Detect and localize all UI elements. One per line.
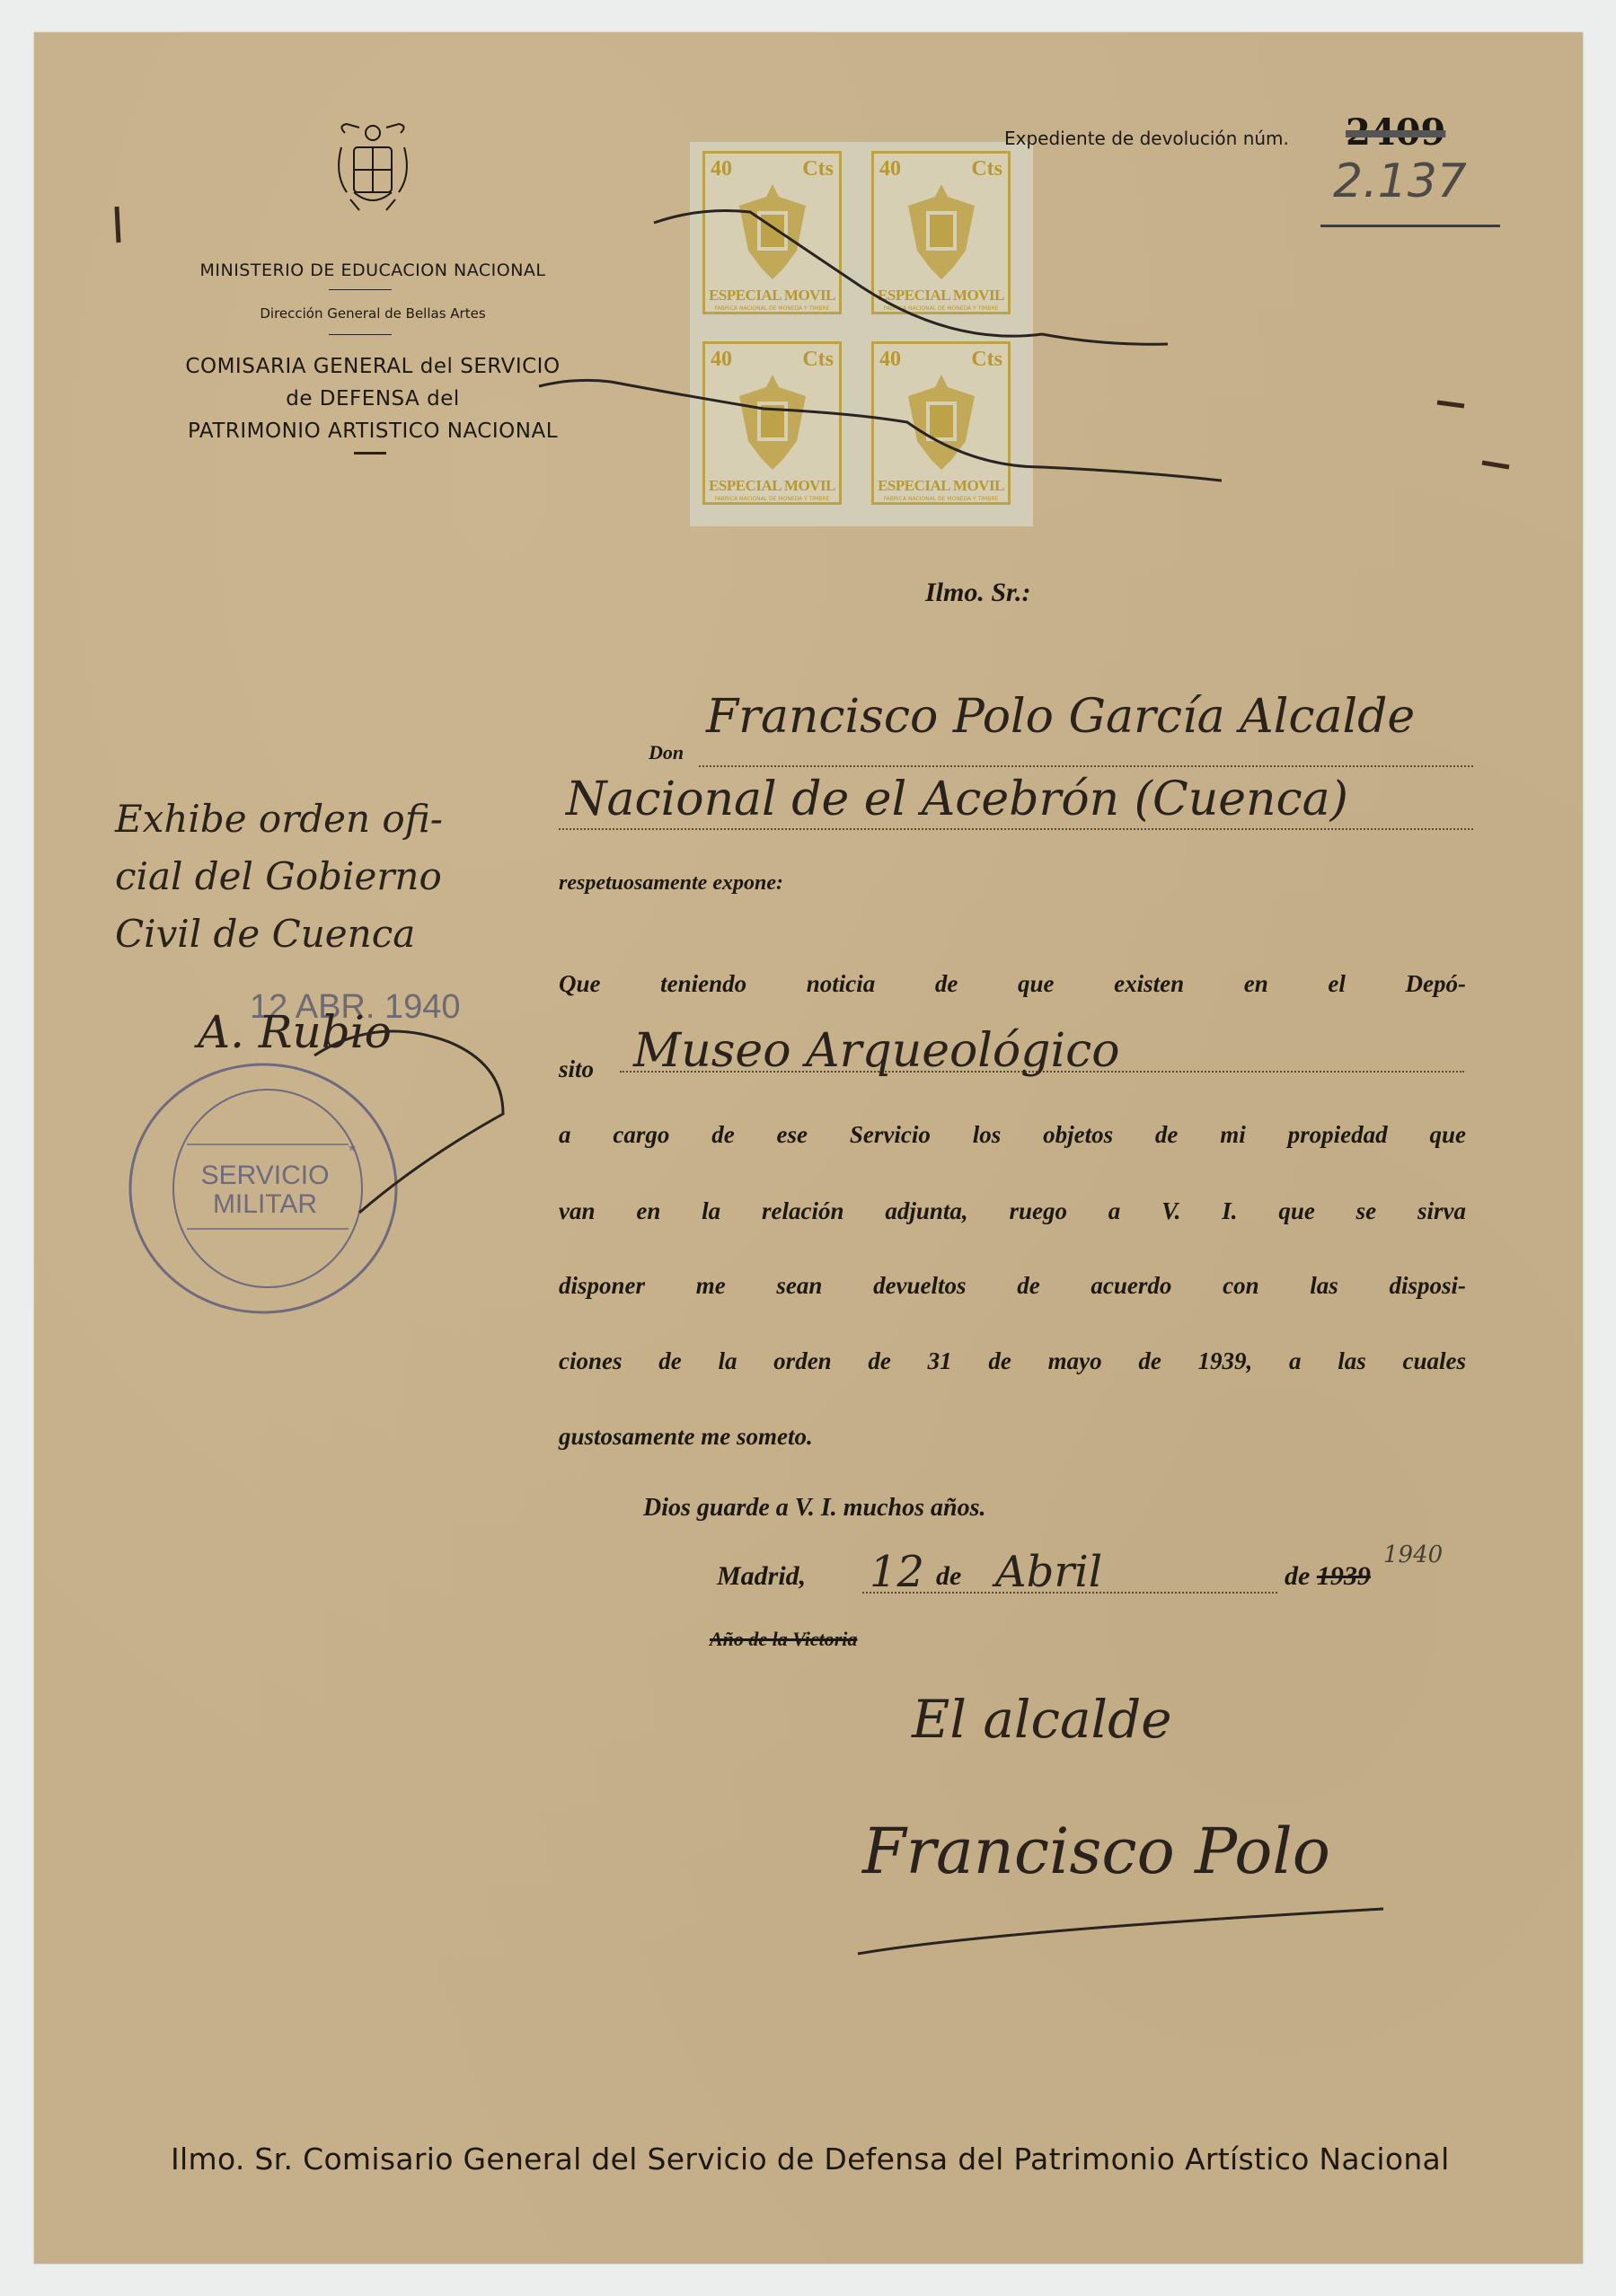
commission-line-1: COMISARIA GENERAL del SERVICIO	[162, 350, 584, 383]
margin-note: Exhibe orden ofi- cial del Gobierno Civi…	[115, 790, 582, 963]
date-de: de	[936, 1561, 961, 1592]
eagle-crest-icon	[730, 179, 815, 285]
name-field-line-2	[559, 828, 1473, 830]
margin-note-line-2: cial del Gobierno	[115, 848, 582, 905]
applicant-name: Francisco Polo García Alcalde	[706, 690, 1415, 744]
direction-name: Dirección General de Bellas Artes	[162, 305, 584, 322]
signer-title: El alcalde	[912, 1689, 1172, 1750]
revenue-stamp: 40 Cts ESPECIAL MOVIL FABRICA NACIONAL D…	[871, 341, 1011, 505]
body-line-5: disponer me sean devueltos de acuerdo co…	[559, 1272, 1466, 1300]
divider	[329, 334, 392, 335]
margin-initials: A. Rubio	[198, 1006, 392, 1058]
footer-recipient: Ilmo. Sr. Comisario General del Servicio…	[171, 2141, 1450, 2177]
revenue-stamp: 40 Cts ESPECIAL MOVIL FABRICA NACIONAL D…	[702, 341, 842, 505]
expediente-number: 2.137	[1333, 155, 1467, 208]
coat-of-arms-eagle-icon	[329, 120, 417, 214]
date-month: Abril	[995, 1547, 1102, 1597]
body-line-4: van en la relación adjunta, ruego a V. I…	[559, 1197, 1466, 1225]
body-line-6: ciones de la orden de 31 de mayo de 1939…	[559, 1347, 1466, 1375]
exposes-text: respetuosamente expone:	[559, 871, 783, 896]
divider	[354, 452, 386, 455]
signature: Francisco Polo	[862, 1815, 1330, 1888]
applicant-title-location: Nacional de el Acebrón (Cuenca)	[566, 773, 1348, 826]
expediente-label: Expediente de devolución núm.	[1004, 128, 1289, 149]
eagle-crest-icon	[899, 179, 984, 285]
body-line-2-prefix: sito	[559, 1055, 594, 1083]
era-struck-through: Año de la Victoria	[710, 1628, 857, 1651]
divider	[329, 289, 392, 290]
commission-name: COMISARIA GENERAL del SERVICIO de DEFENS…	[162, 350, 584, 447]
ministry-name: MINISTERIO DE EDUCACION NACIONAL	[162, 261, 584, 280]
margin-note-line-1: Exhibe orden ofi-	[115, 790, 582, 848]
date-day: 12	[870, 1547, 924, 1597]
body-line-3: a cargo de ese Servicio los objetos de m…	[559, 1121, 1466, 1149]
closing-formula: Dios guarde a V. I. muchos años.	[643, 1494, 985, 1523]
margin-note-line-3: Civil de Cuenca	[115, 905, 582, 963]
name-field-line	[699, 765, 1473, 767]
date-de-2: de 1939	[1285, 1561, 1371, 1592]
commission-line-3: PATRIMONIO ARTISTICO NACIONAL	[162, 415, 584, 447]
svg-text:*: *	[349, 1142, 356, 1161]
body-line-7: gustosamente me someto.	[559, 1423, 813, 1451]
eagle-crest-icon	[899, 369, 984, 475]
don-prefix: Don	[649, 741, 684, 764]
eagle-crest-icon	[730, 369, 815, 475]
expediente-old-number: 2409	[1346, 111, 1445, 154]
date-city: Madrid,	[717, 1561, 806, 1592]
revenue-stamp: 40 Cts ESPECIAL MOVIL FABRICA NACIONAL D…	[871, 151, 1011, 314]
commission-line-2: de DEFENSA del	[162, 383, 584, 415]
body-line-1: Que teniendo noticia de que existen en e…	[559, 970, 1466, 998]
year-printed: 1939	[1317, 1561, 1371, 1591]
revenue-stamps-block: 40 Cts ESPECIAL MOVIL FABRICA NACIONAL D…	[690, 142, 1033, 526]
year-handwritten: 1940	[1383, 1541, 1443, 1568]
deposit-name: Museo Arqueológico	[633, 1024, 1120, 1078]
seal-line-1: SERVICIO	[201, 1161, 330, 1190]
seal-line-2: MILITAR	[213, 1189, 317, 1219]
revenue-stamp: 40 Cts ESPECIAL MOVIL FABRICA NACIONAL D…	[702, 151, 842, 314]
official-seal-icon: SERVICIO MILITAR *	[124, 1058, 402, 1319]
pencil-underline	[1320, 225, 1500, 227]
salutation: Ilmo. Sr.:	[925, 578, 1031, 608]
